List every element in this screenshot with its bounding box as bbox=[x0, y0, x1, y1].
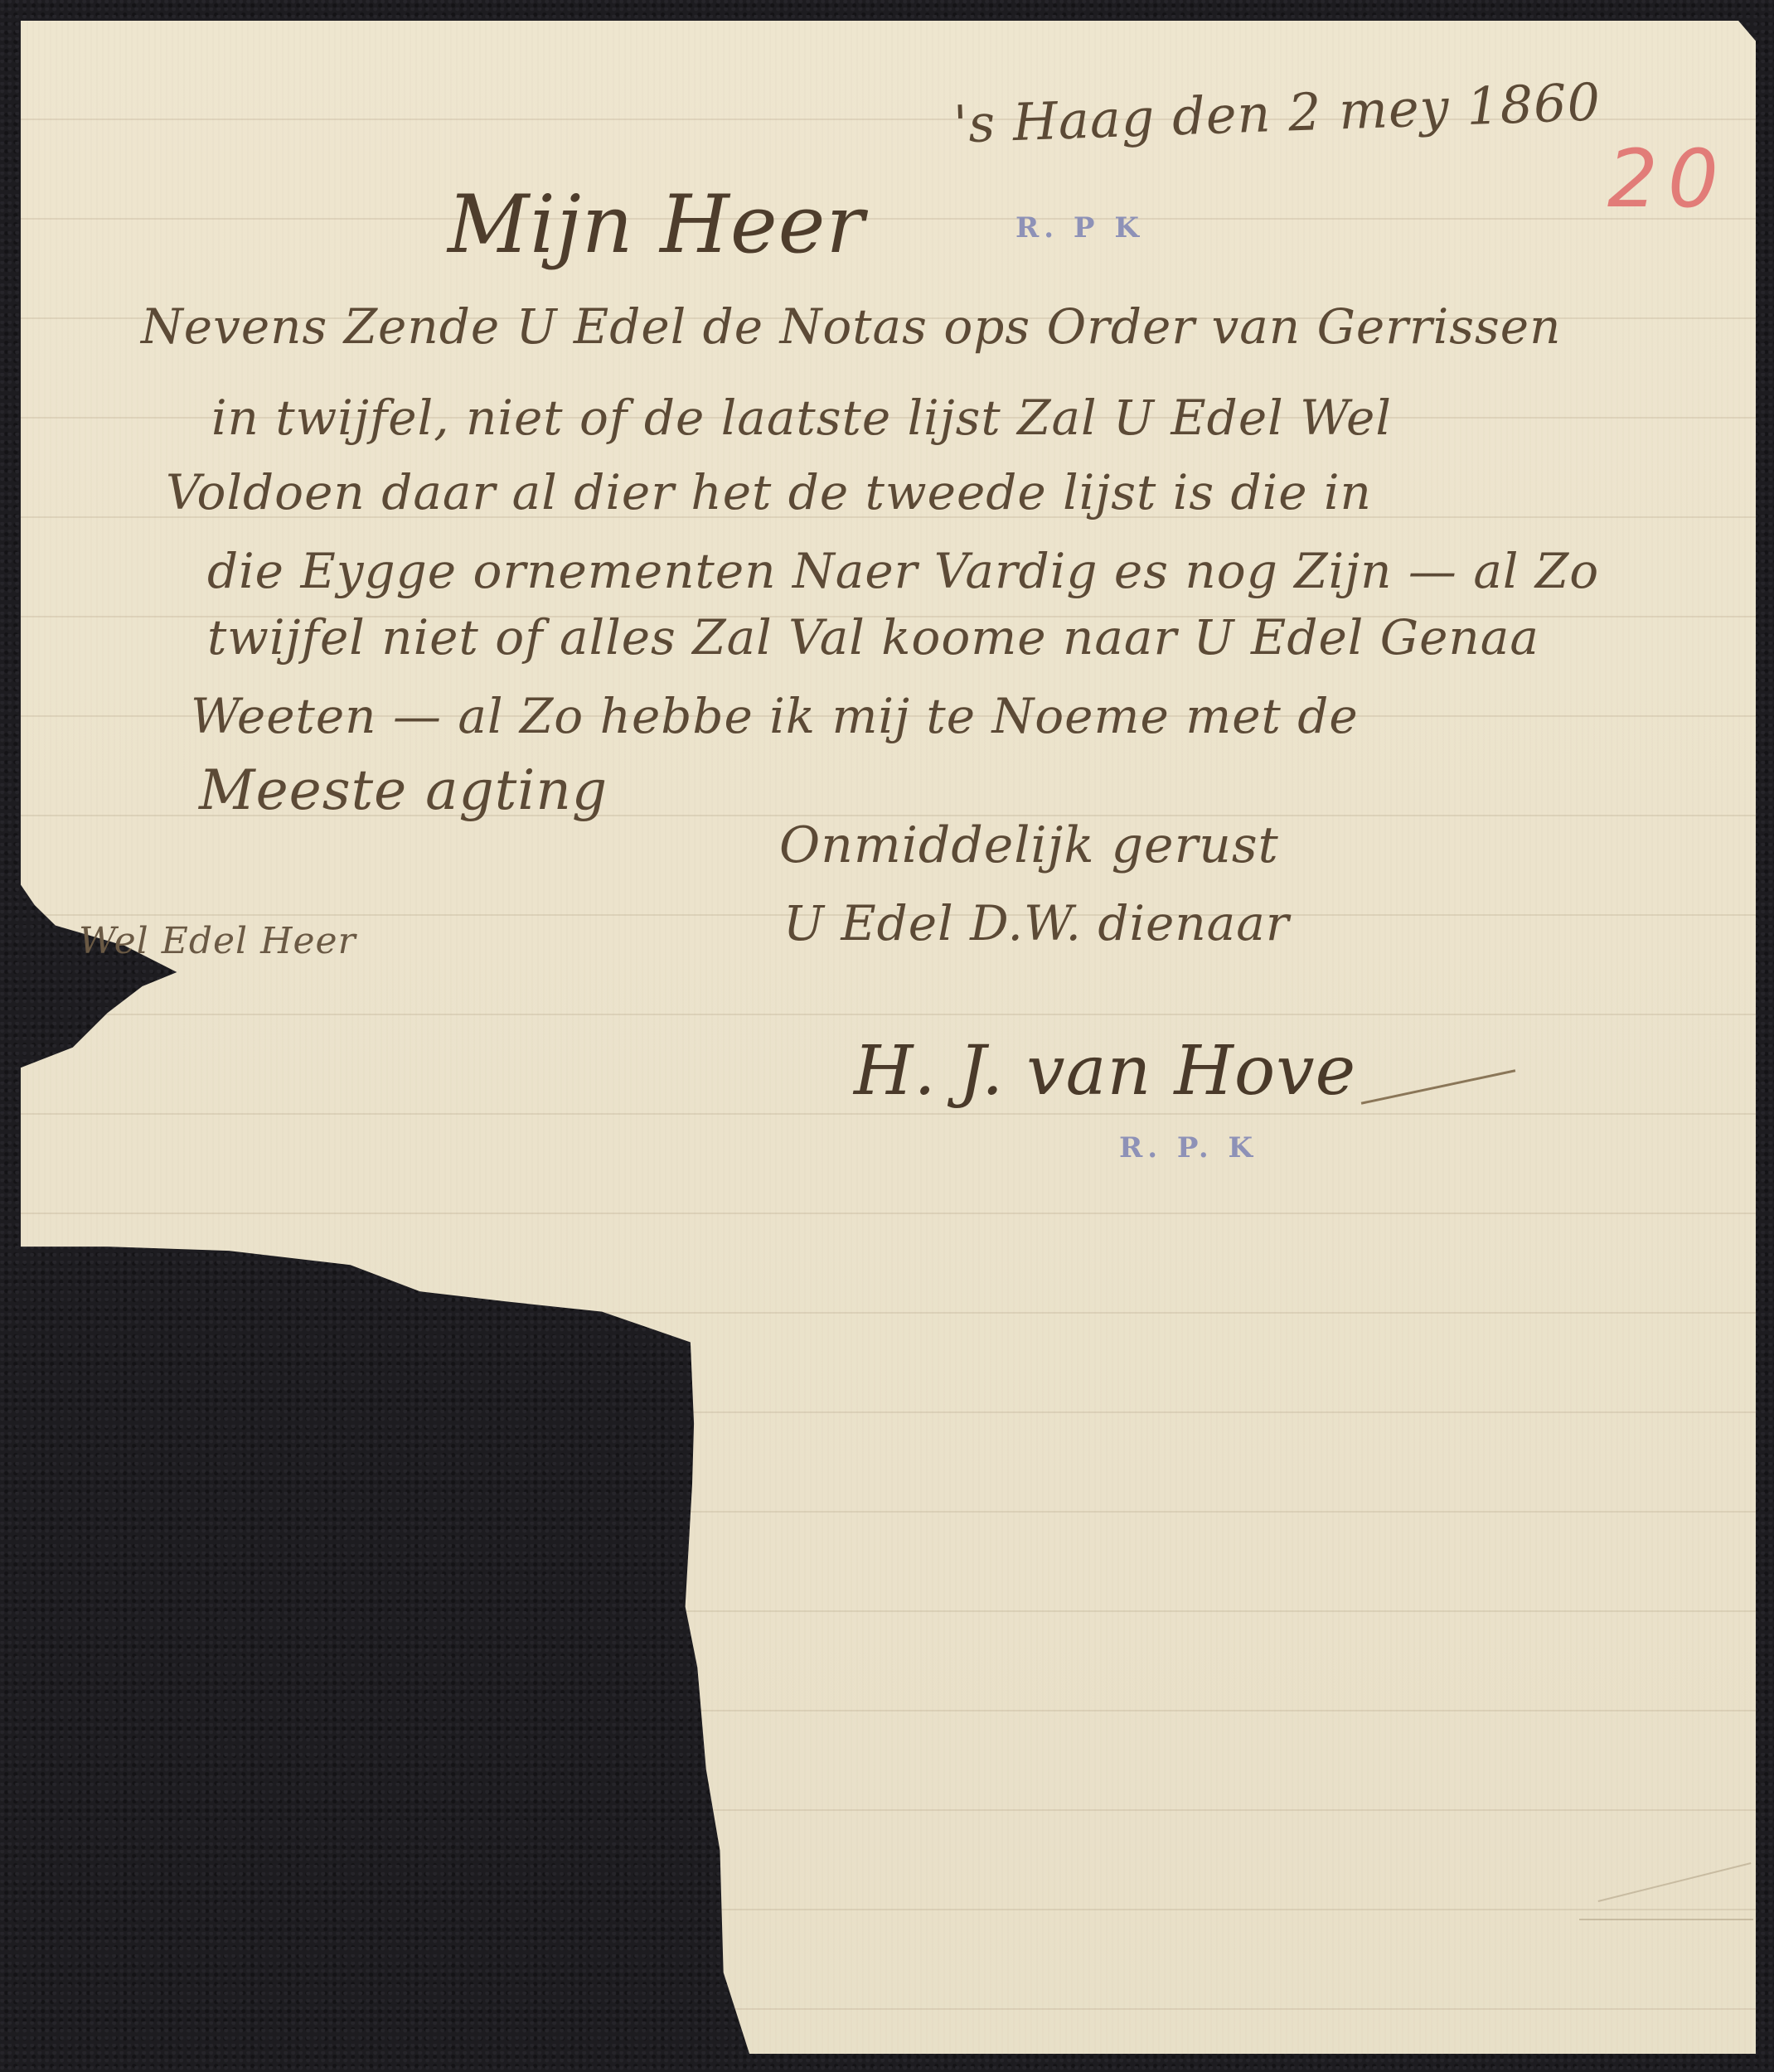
paper-crease bbox=[1579, 1919, 1753, 1920]
body-line: Voldoen daar al dier het de tweede lijst… bbox=[166, 464, 1372, 520]
salutation: Mijn Heer bbox=[448, 178, 865, 271]
body-line: die Eygge ornementen Naer Vardig es nog … bbox=[207, 543, 1599, 599]
body-line: twijfel niet of alles Zal Val koome naar… bbox=[207, 609, 1539, 666]
signature: H. J. van Hove bbox=[854, 1032, 1356, 1111]
archive-stamp-top: R. P K bbox=[1015, 211, 1144, 244]
paper-crease bbox=[1598, 1862, 1752, 1902]
addressee: Wel Edel Heer bbox=[79, 920, 356, 962]
archive-stamp-bottom: R. P. K bbox=[1119, 1131, 1258, 1164]
body-line: Weeten — al Zo hebbe ik mij te Noeme met… bbox=[191, 688, 1359, 744]
folio-number: 20 bbox=[1607, 133, 1728, 225]
body-line: Nevens Zende U Edel de Notas ops Order v… bbox=[141, 298, 1561, 355]
closing-line: U Edel D.W. dienaar bbox=[783, 895, 1290, 951]
closing-line: Onmiddelijk gerust bbox=[779, 816, 1279, 874]
body-line: Meeste agting bbox=[199, 758, 608, 822]
body-line: in twijfel, niet of de laatste lijst Zal… bbox=[211, 390, 1392, 446]
